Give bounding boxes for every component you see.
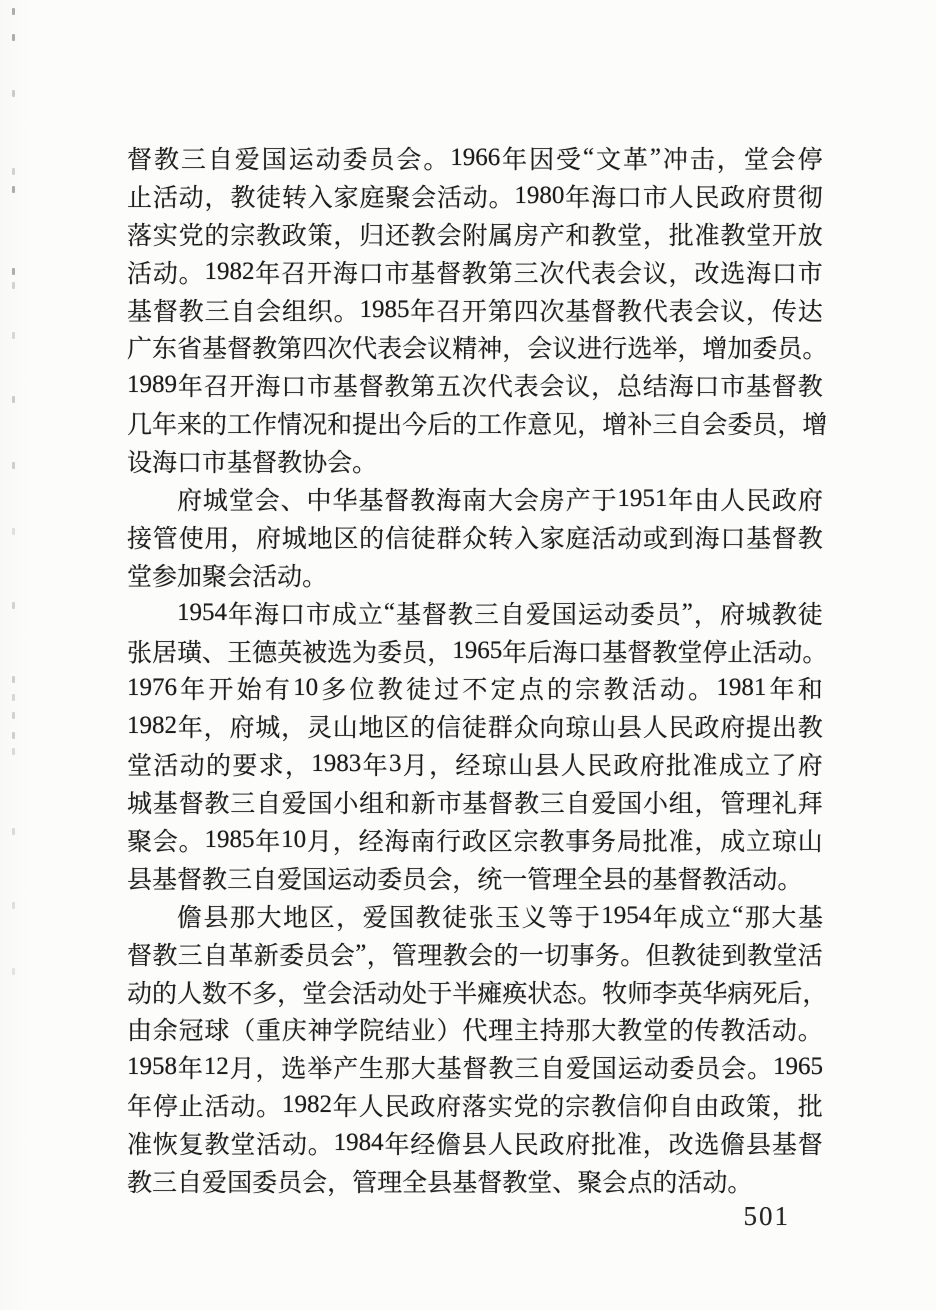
scan-speck [12, 34, 15, 41]
scan-speck [12, 396, 15, 403]
text-line: 1958年12月，选举产生那大基督教三自爱国运动委员会。1965 [127, 1048, 823, 1086]
text-line: 活动。1982年召开海口市基督教第三次代表会议，改选海口市 [127, 253, 823, 291]
text-line: 基督教三自会组织。1985年召开第四次基督教代表会议，传达 [127, 291, 823, 329]
text-line: 止活动，教徒转入家庭聚会活动。1980年海口市人民政府贯彻 [127, 177, 823, 215]
scan-speck [12, 332, 15, 339]
text-line: 1989年召开海口市基督教第五次代表会议，总结海口市基督教 [127, 366, 823, 404]
text-line: 张居璜、王德英被选为委员，1965年后海口基督教堂停止活动。 [127, 632, 823, 670]
text-line: 儋县那大地区，爱国教徒张玉义等于1954年成立“那大基 [127, 897, 823, 935]
scan-speck [12, 528, 15, 535]
scan-speck [12, 712, 15, 719]
scan-speck [12, 748, 15, 755]
text-line: 1954年海口市成立“基督教三自爱国运动委员”，府城教徒 [127, 594, 823, 632]
left-edge-scan-marks [0, 0, 30, 1310]
text-line: 1982年，府城，灵山地区的信徒群众向琼山县人民政府提出教 [127, 707, 823, 745]
text-line: 聚会。1985年10月，经海南行政区宗教事务局批准，成立琼山 [127, 821, 823, 859]
text-line: 府城堂会、中华基督教海南大会房产于1951年由人民政府 [127, 480, 823, 518]
page-number: 501 [720, 1201, 790, 1232]
scan-speck [12, 186, 15, 193]
scanned-book-page: 督教三自爱国运动委员会。1966年因受“文革”冲击，堂会停止活动，教徒转入家庭聚… [0, 0, 936, 1310]
text-line: 年停止活动。1982年人民政府落实党的宗教信仰自由政策，批 [127, 1086, 823, 1124]
scan-speck [12, 168, 15, 175]
text-line: 督教三自革新委员会”，管理教会的一切事务。但教徒到教堂活 [127, 935, 823, 973]
text-line: 堂活动的要求，1983年3月，经琼山县人民政府批准成立了府 [127, 745, 823, 783]
text-line: 教三自爱国委员会，管理全县基督教堂、聚会点的活动。 [127, 1162, 823, 1200]
scan-speck [12, 694, 15, 701]
text-line: 城基督教三自爱国小组和新市基督教三自爱国小组，管理礼拜 [127, 783, 823, 821]
scan-speck [12, 268, 15, 275]
text-line: 督教三自爱国运动委员会。1966年因受“文革”冲击，堂会停 [127, 139, 823, 177]
body-text: 督教三自爱国运动委员会。1966年因受“文革”冲击，堂会停止活动，教徒转入家庭聚… [127, 139, 823, 1200]
text-line: 落实党的宗教政策，归还教会附属房产和教堂，批准教堂开放 [127, 215, 823, 253]
text-line: 由余冠球（重庆神学院结业）代理主持那大教堂的传教活动。 [127, 1010, 823, 1048]
text-line: 准恢复教堂活动。1984年经儋县人民政府批准，改选儋县基督 [127, 1124, 823, 1162]
text-line: 几年来的工作情况和提出今后的工作意见，增补三自会委员，增 [127, 404, 823, 442]
text-line: 广东省基督教第四次代表会议精神，会议进行选举，增加委员。 [127, 328, 823, 366]
scan-speck [12, 902, 15, 909]
text-line: 县基督教三自爱国运动委员会，统一管理全县的基督教活动。 [127, 859, 823, 897]
scan-speck [12, 8, 15, 15]
scan-speck [12, 282, 15, 289]
text-line: 设海口市基督教协会。 [127, 442, 823, 480]
text-line: 动的人数不多，堂会活动处于半瘫痪状态。牧师李英华病死后， [127, 973, 823, 1011]
scan-speck [12, 90, 15, 97]
text-line: 堂参加聚会活动。 [127, 556, 823, 594]
scan-speck [12, 828, 15, 835]
text-line: 接管使用，府城地区的信徒群众转入家庭活动或到海口基督教 [127, 518, 823, 556]
scan-speck [12, 732, 15, 739]
scan-speck [12, 968, 15, 975]
scan-speck [12, 602, 15, 609]
scan-speck [12, 676, 15, 683]
text-line: 1976年开始有10多位教徒过不定点的宗教活动。1981年和 [127, 669, 823, 707]
scan-speck [12, 462, 15, 469]
